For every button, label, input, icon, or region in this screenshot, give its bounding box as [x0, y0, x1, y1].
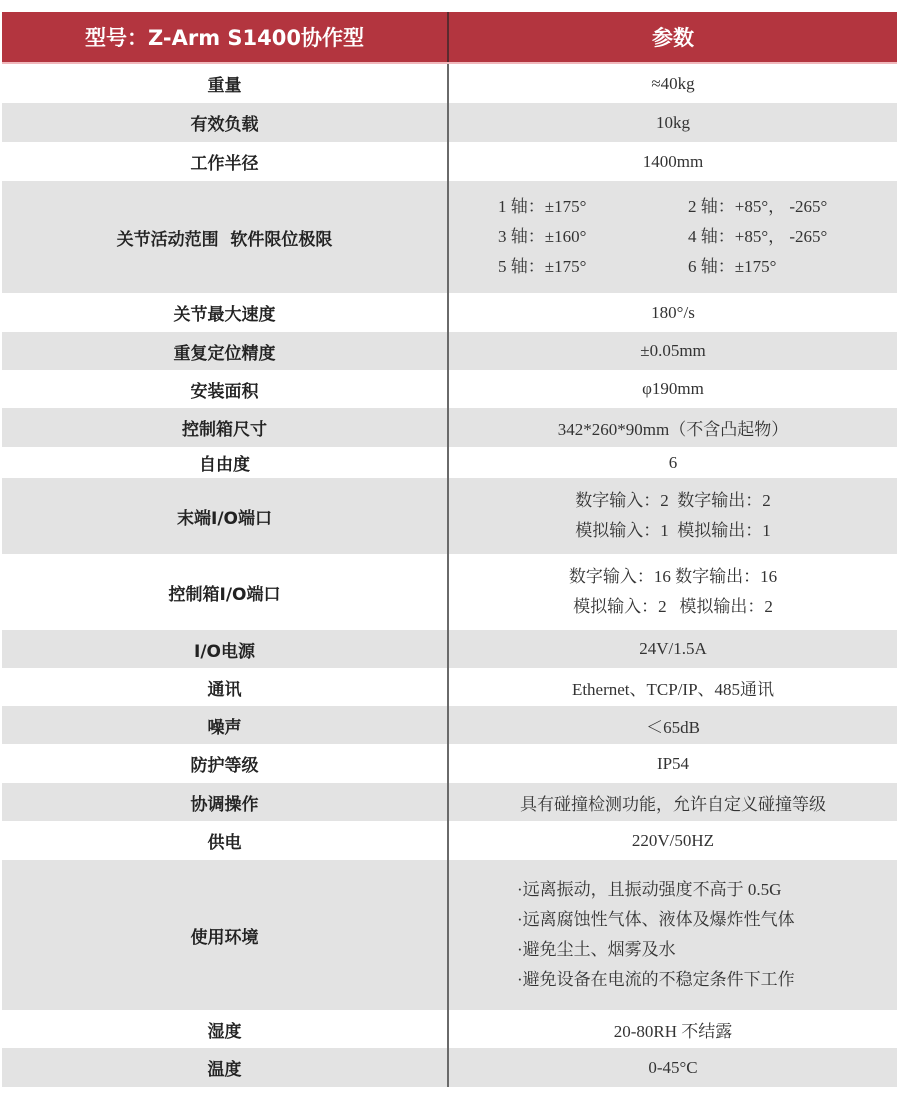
row-value: ·远离振动，且振动强度不高于 0.5G ·远离腐蚀性气体、液体及爆炸性气体 ·避…: [449, 860, 897, 1010]
row-label: 控制箱I/O端口: [2, 554, 449, 630]
value-line: ·避免设备在电流的不稳定条件下工作: [517, 965, 795, 995]
value-line: ·避免尘土、烟雾及水: [517, 935, 676, 965]
row-value: 220V/50HZ: [449, 821, 897, 860]
row-value: ≈40kg: [449, 64, 897, 103]
row-label: 关节活动范围 软件限位极限: [2, 181, 449, 293]
row-label: 末端I/O端口: [2, 478, 449, 554]
row-value: 20-80RH 不结露: [449, 1010, 897, 1048]
axis-3: 3 轴：±160°: [498, 222, 688, 252]
row-label: 关节最大速度: [2, 293, 449, 332]
value-line: ·远离腐蚀性气体、液体及爆炸性气体: [517, 905, 795, 935]
row-value: 24V/1.5A: [449, 630, 897, 668]
table-row: 噪声 ＜65dB: [2, 706, 897, 744]
table-row: 协调操作 具有碰撞检测功能，允许自定义碰撞等级: [2, 783, 897, 821]
axis-6: 6 轴：±175°: [688, 252, 848, 282]
row-value: ＜65dB: [449, 706, 897, 744]
table-header: 型号：Z-Arm S1400协作型 参数: [2, 12, 897, 64]
header-model: 型号：Z-Arm S1400协作型: [2, 12, 449, 62]
table-row: 供电 220V/50HZ: [2, 821, 897, 860]
header-params: 参数: [449, 12, 897, 62]
row-value: φ190mm: [449, 370, 897, 408]
table-row: 重复定位精度 ±0.05mm: [2, 332, 897, 370]
row-value: 数字输入：16 数字输出：16 模拟输入：2 模拟输出：2: [449, 554, 897, 630]
row-label: 自由度: [2, 447, 449, 478]
table-row: 防护等级 IP54: [2, 744, 897, 783]
row-value: 1 轴：±175° 2 轴：+85°， -265° 3 轴：±160° 4 轴：…: [449, 181, 897, 293]
row-label: 使用环境: [2, 860, 449, 1010]
table-row: 湿度 20-80RH 不结露: [2, 1010, 897, 1048]
table-row: I/O电源 24V/1.5A: [2, 630, 897, 668]
row-label: 工作半径: [2, 142, 449, 181]
row-label: 湿度: [2, 1010, 449, 1048]
axis-5: 5 轴：±175°: [498, 252, 688, 282]
row-value: Ethernet、TCP/IP、485通讯: [449, 668, 897, 706]
row-label: 通讯: [2, 668, 449, 706]
table-row: 通讯 Ethernet、TCP/IP、485通讯: [2, 668, 897, 706]
row-value: ±0.05mm: [449, 332, 897, 370]
table-row: 自由度 6: [2, 447, 897, 478]
row-value: 具有碰撞检测功能，允许自定义碰撞等级: [449, 783, 897, 821]
axis-1: 1 轴：±175°: [498, 192, 688, 222]
table-row: 工作半径 1400mm: [2, 142, 897, 181]
row-label: I/O电源: [2, 630, 449, 668]
row-value: 342*260*90mm（不含凸起物）: [449, 408, 897, 447]
table-row: 控制箱I/O端口 数字输入：16 数字输出：16 模拟输入：2 模拟输出：2: [2, 554, 897, 630]
row-label: 温度: [2, 1048, 449, 1087]
table-row: 关节活动范围 软件限位极限 1 轴：±175° 2 轴：+85°， -265° …: [2, 181, 897, 293]
table-row: 末端I/O端口 数字输入：2 数字输出：2 模拟输入：1 模拟输出：1: [2, 478, 897, 554]
value-line: 模拟输入：2 模拟输出：2: [573, 592, 773, 622]
table-row: 重量 ≈40kg: [2, 64, 897, 103]
axes-grid: 1 轴：±175° 2 轴：+85°， -265° 3 轴：±160° 4 轴：…: [498, 192, 848, 282]
table-row: 控制箱尺寸 342*260*90mm（不含凸起物）: [2, 408, 897, 447]
axis-2: 2 轴：+85°， -265°: [688, 192, 848, 222]
row-value: IP54: [449, 744, 897, 783]
row-value: 1400mm: [449, 142, 897, 181]
row-label: 重复定位精度: [2, 332, 449, 370]
value-line: 数字输入：16 数字输出：16: [569, 562, 777, 592]
row-value: 0-45°C: [449, 1048, 897, 1087]
spec-table: 型号：Z-Arm S1400协作型 参数 重量 ≈40kg 有效负载 10kg …: [2, 12, 897, 1087]
row-label: 控制箱尺寸: [2, 408, 449, 447]
table-row: 关节最大速度 180°/s: [2, 293, 897, 332]
value-line: 数字输入：2 数字输出：2: [575, 486, 771, 516]
value-line: ·远离振动，且振动强度不高于 0.5G: [517, 875, 781, 905]
row-value: 6: [449, 447, 897, 478]
table-row: 温度 0-45°C: [2, 1048, 897, 1087]
axis-4: 4 轴：+85°， -265°: [688, 222, 848, 252]
row-label: 防护等级: [2, 744, 449, 783]
row-label: 供电: [2, 821, 449, 860]
row-value: 10kg: [449, 103, 897, 142]
table-row: 使用环境 ·远离振动，且振动强度不高于 0.5G ·远离腐蚀性气体、液体及爆炸性…: [2, 860, 897, 1010]
table-row: 有效负载 10kg: [2, 103, 897, 142]
row-value: 数字输入：2 数字输出：2 模拟输入：1 模拟输出：1: [449, 478, 897, 554]
table-row: 安装面积 φ190mm: [2, 370, 897, 408]
row-label: 重量: [2, 64, 449, 103]
row-label: 协调操作: [2, 783, 449, 821]
row-label: 噪声: [2, 706, 449, 744]
row-label: 有效负载: [2, 103, 449, 142]
row-value: 180°/s: [449, 293, 897, 332]
row-label: 安装面积: [2, 370, 449, 408]
value-line: 模拟输入：1 模拟输出：1: [575, 516, 771, 546]
